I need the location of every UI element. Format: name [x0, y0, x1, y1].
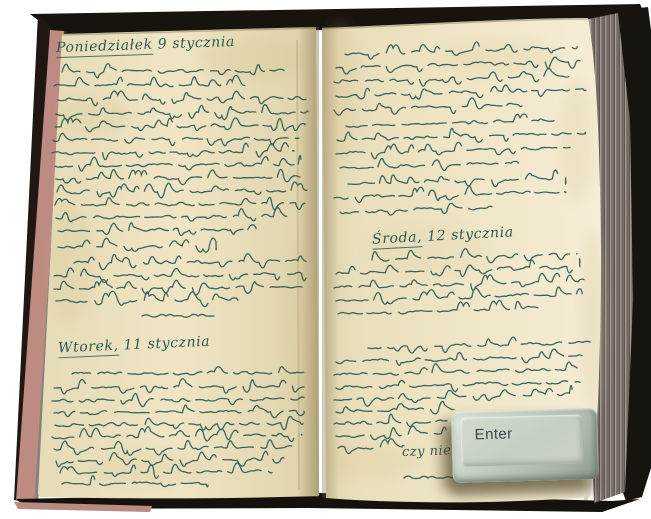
- entry-day: Poniedziałek: [56, 37, 153, 58]
- entry-day: Środa,: [372, 229, 423, 250]
- entry-day: Wtorek,: [58, 338, 119, 359]
- entry-date: 9 stycznia: [158, 34, 236, 53]
- enter-key-label: Enter: [474, 425, 512, 443]
- closing-question: czy nie?: [402, 443, 459, 460]
- diary-photo: Poniedziałek 9 stycznia Wtorek, 11 stycz…: [0, 0, 651, 519]
- enter-key-face: Enter: [460, 414, 583, 466]
- enter-key[interactable]: Enter: [451, 408, 599, 483]
